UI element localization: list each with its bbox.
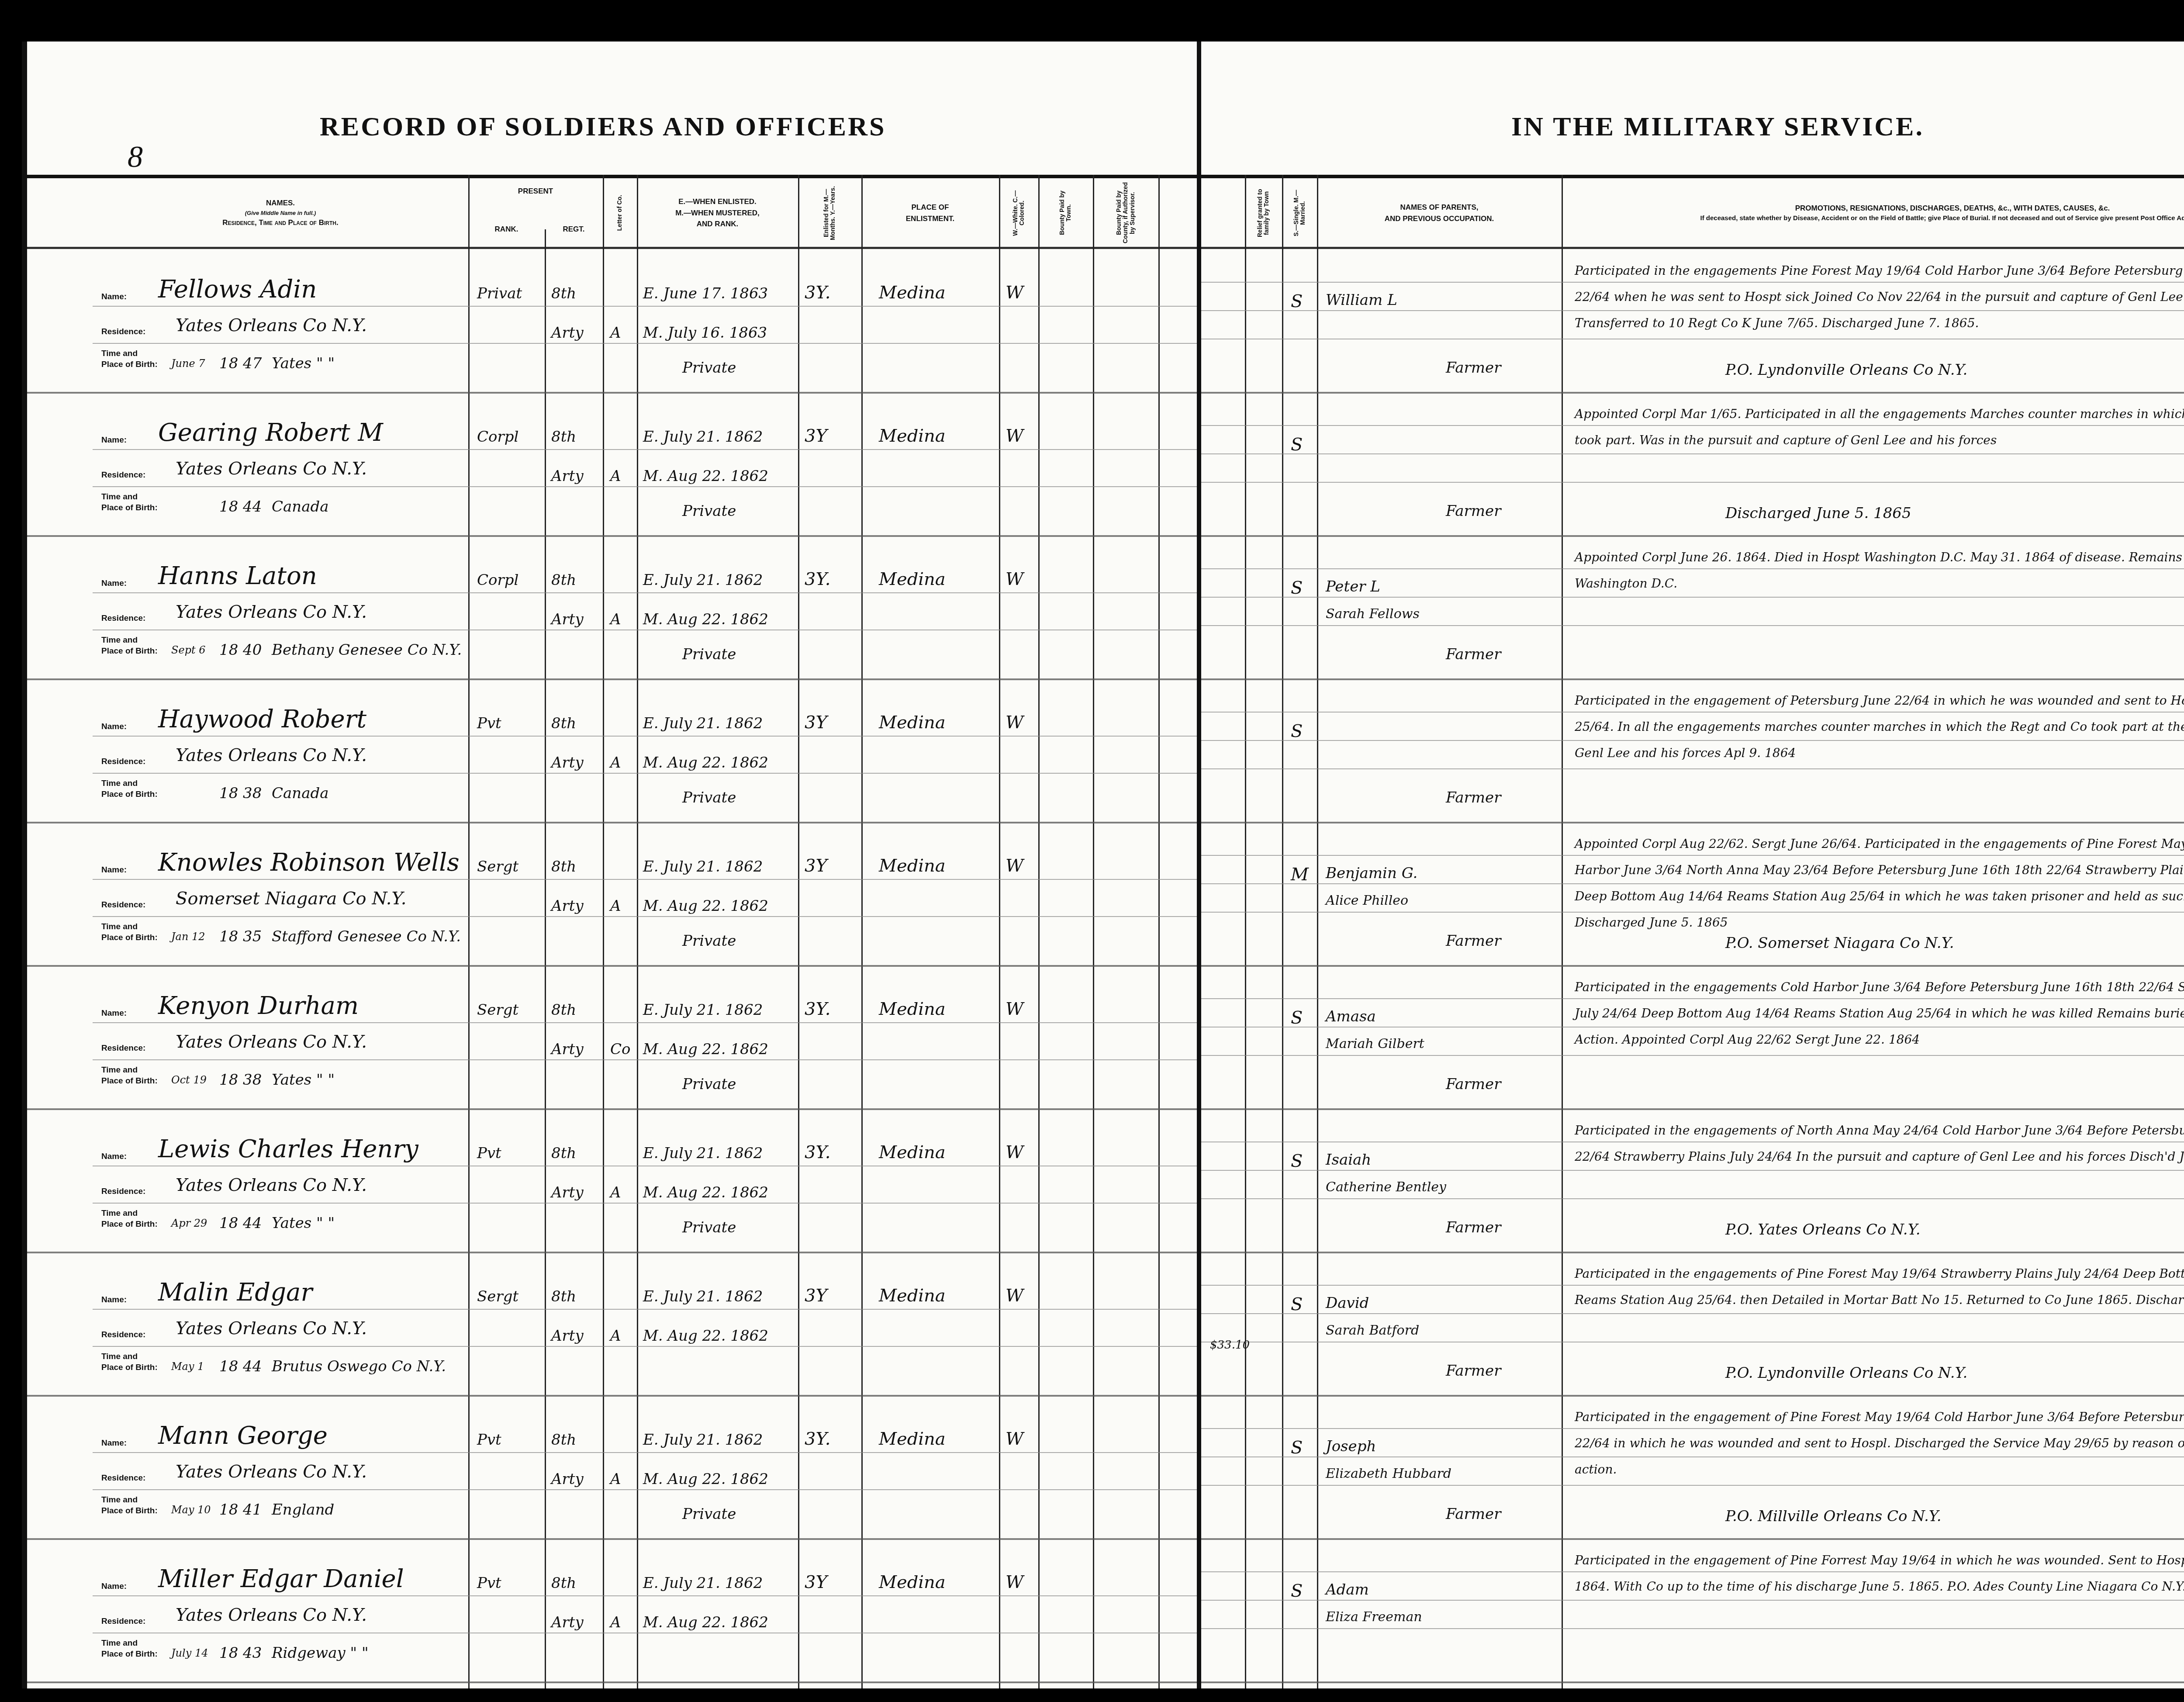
rank-value: Corpl xyxy=(477,573,518,588)
line-divider xyxy=(93,1203,1197,1204)
rank-value: Pvt xyxy=(477,1146,501,1161)
muster-rank-value: Private xyxy=(682,1507,736,1522)
enlisted-date-value: E. July 21. 1862 xyxy=(643,1289,763,1304)
enlisted-mustered-header: E.—WHEN ENLISTED. M.—WHEN MUSTERED, AND … xyxy=(637,181,798,245)
line-divider xyxy=(1201,1170,2184,1171)
place-of-enlistment-value: Medina xyxy=(879,284,946,301)
mother-name-value: Catherine Bentley xyxy=(1326,1181,1446,1194)
line-divider xyxy=(93,1346,1197,1347)
line-divider xyxy=(93,879,1197,880)
birth-place-value: Brutus Oswego Co N.Y. xyxy=(272,1359,446,1374)
birth-year-value: 18 35 xyxy=(219,929,262,944)
regiment-branch-value: Arty xyxy=(551,1472,584,1487)
company-letter-value: A xyxy=(610,1328,621,1343)
line-divider xyxy=(93,736,1197,737)
race-value: W xyxy=(1006,1574,1023,1591)
regiment-value: 8th xyxy=(551,1003,576,1017)
occupation-value: Farmer xyxy=(1446,790,1501,805)
regiment-branch-value: Arty xyxy=(551,325,584,340)
row-divider xyxy=(27,392,1197,394)
occupation-value: Farmer xyxy=(1446,1363,1501,1378)
enlistment-label: ENLISTMENT. xyxy=(906,213,954,225)
name-label: Name: xyxy=(101,1009,127,1017)
muster-rank-value: Private xyxy=(682,934,736,948)
header-rule xyxy=(27,175,1197,178)
row-divider xyxy=(27,1538,1197,1540)
rank-value: Privat xyxy=(477,286,522,301)
remarks-text: Participated in the engagements of North… xyxy=(1575,1117,2184,1170)
regiment-value: 8th xyxy=(551,286,576,301)
row-divider xyxy=(1201,1681,2184,1683)
promotions-header: PROMOTIONS, RESIGNATIONS, DISCHARGES, DE… xyxy=(1577,181,2184,245)
residence-value: Yates Orleans Co N.Y. xyxy=(176,1463,367,1481)
name-label: Name: xyxy=(101,1582,127,1591)
line-divider xyxy=(93,306,1197,307)
rank-value: Sergt xyxy=(477,859,518,874)
relief-label: Relief granted to family by Town xyxy=(1257,181,1270,245)
company-letter-value: A xyxy=(610,1615,621,1630)
father-name-value: David xyxy=(1326,1296,1369,1311)
rank-value: Pvt xyxy=(477,716,501,731)
letter-of-co-header: Letter of Co. xyxy=(603,181,637,245)
company-letter-value: Co xyxy=(610,1042,630,1057)
place-of-enlistment-value: Medina xyxy=(879,857,946,875)
column-divider xyxy=(861,175,863,1688)
occupation-value: Farmer xyxy=(1446,1077,1501,1092)
residence-value: Yates Orleans Co N.Y. xyxy=(176,1320,367,1337)
place-of-enlistment-value: Medina xyxy=(879,427,946,445)
muster-rank-value: Private xyxy=(682,790,736,805)
company-letter-value: A xyxy=(610,1472,621,1487)
column-divider xyxy=(1317,175,1318,1688)
residence-value: Yates Orleans Co N.Y. xyxy=(176,317,367,334)
row-divider xyxy=(27,1681,1197,1683)
bounty-town-label: Bounty Paid by Town. xyxy=(1059,181,1072,245)
mustered-date-value: M. Aug 22. 1862 xyxy=(643,469,768,484)
term-value: 3Y xyxy=(805,857,827,875)
line-divider xyxy=(93,486,1197,487)
company-letter-value: A xyxy=(610,1185,621,1200)
place-of-birth-label: Place of Birth: xyxy=(101,934,158,942)
line-divider xyxy=(1201,1198,2184,1199)
residence-label: Residence: xyxy=(101,1187,145,1196)
line-divider xyxy=(93,630,1197,630)
mustered-date-value: M. Aug 22. 1862 xyxy=(643,612,768,627)
enlisted-date-value: E. July 21. 1862 xyxy=(643,1146,763,1161)
enlisted-date-value: E. July 21. 1862 xyxy=(643,716,763,731)
soldier-name: Knowles Robinson Wells xyxy=(158,851,460,875)
line-divider xyxy=(1201,1628,2184,1629)
regiment-value: 8th xyxy=(551,1289,576,1304)
rank-value: Pvt xyxy=(477,1432,501,1447)
time-and-label: Time and xyxy=(101,1496,138,1504)
and-rank-label: AND RANK. xyxy=(697,218,738,230)
residence-label: Residence: xyxy=(101,614,145,623)
birth-date-value: Oct 19 xyxy=(171,1075,207,1085)
birth-date-value: Jan 12 xyxy=(171,931,205,942)
column-divider xyxy=(1562,175,1563,1688)
post-office-value: P.O. Somerset Niagara Co N.Y. xyxy=(1725,936,1954,951)
mustered-date-value: M. Aug 22. 1862 xyxy=(643,1328,768,1343)
right-ledger-page: IN THE MILITARY SERVICE. Relief granted … xyxy=(1197,42,2184,1688)
post-office-value: Discharged June 5. 1865 xyxy=(1725,506,1911,521)
birth-date-value: Sept 6 xyxy=(171,645,206,655)
muster-rank-value: Private xyxy=(682,1220,736,1235)
regiment-value: 8th xyxy=(551,429,576,444)
birth-place-value: Yates " " xyxy=(272,1072,335,1087)
marital-status-value: S xyxy=(1291,1152,1303,1170)
birth-year-value: 18 41 xyxy=(219,1502,262,1517)
line-divider xyxy=(93,1595,1197,1596)
residence-label: Residence: xyxy=(101,1331,145,1339)
residence-label: Residence: xyxy=(101,1044,145,1052)
row-divider xyxy=(1201,1108,2184,1110)
birth-year-value: 18 43 xyxy=(219,1646,262,1660)
time-and-label: Time and xyxy=(101,1066,138,1074)
row-divider xyxy=(27,1108,1197,1110)
enlisted-for-label: Enlisted for M.—Months. Y.—Years. xyxy=(823,181,836,245)
place-of-birth-label: Place of Birth: xyxy=(101,360,158,369)
column-divider xyxy=(798,175,799,1688)
term-value: 3Y. xyxy=(805,1144,830,1161)
time-and-label: Time and xyxy=(101,349,138,358)
birth-place-value: Yates " " xyxy=(272,1216,335,1231)
birth-year-value: 18 44 xyxy=(219,1359,262,1374)
race-value: W xyxy=(1006,1287,1023,1304)
marital-status-value: S xyxy=(1291,723,1303,740)
regiment-value: 8th xyxy=(551,1146,576,1161)
soldier-name: Mann George xyxy=(158,1424,328,1448)
place-of-enlistment-value: Medina xyxy=(879,571,946,588)
relief-header: Relief granted to family by Town xyxy=(1245,181,1282,245)
enlisted-date-value: E. July 21. 1862 xyxy=(643,573,763,588)
row-divider xyxy=(27,535,1197,537)
birth-year-value: 18 38 xyxy=(219,786,262,801)
column-divider xyxy=(1245,175,1246,1688)
place-of-birth-label: Place of Birth: xyxy=(101,1507,158,1515)
soldier-name: Gearing Robert M xyxy=(158,421,383,445)
marital-status-value: S xyxy=(1291,436,1303,453)
page-title-left: RECORD OF SOLDIERS AND OFFICERS xyxy=(320,111,886,142)
column-divider xyxy=(1158,175,1160,1688)
column-divider xyxy=(468,175,470,1688)
line-divider xyxy=(1201,1485,2184,1486)
birth-date-value: June 7 xyxy=(171,358,205,369)
father-name-value: Adam xyxy=(1326,1582,1369,1597)
regiment-branch-value: Arty xyxy=(551,899,584,913)
line-divider xyxy=(93,773,1197,774)
column-divider xyxy=(999,175,1000,1688)
term-value: 3Y. xyxy=(805,1000,830,1018)
residence-value: Yates Orleans Co N.Y. xyxy=(176,1033,367,1051)
enlisted-date-value: E. July 21. 1862 xyxy=(643,1432,763,1447)
regiment-value: 8th xyxy=(551,859,576,874)
remarks-text: Participated in the engagements of Pine … xyxy=(1575,1261,2184,1313)
present-header-label: PRESENT xyxy=(518,186,553,197)
line-divider xyxy=(93,1489,1197,1490)
column-divider xyxy=(603,175,604,1688)
company-letter-value: A xyxy=(610,899,621,913)
name-label: Name: xyxy=(101,1439,127,1447)
name-label: Name: xyxy=(101,723,127,731)
row-divider xyxy=(27,1395,1197,1397)
place-of-label: PLACE OF xyxy=(912,202,949,213)
place-of-enlistment-value: Medina xyxy=(879,1574,946,1591)
place-of-enlistment-value: Medina xyxy=(879,1430,946,1448)
name-label: Name: xyxy=(101,293,127,301)
name-label: Name: xyxy=(101,1296,127,1304)
row-divider xyxy=(27,822,1197,823)
mustered-date-value: M. Aug 22. 1862 xyxy=(643,1615,768,1630)
rank-value: Corpl xyxy=(477,429,518,444)
header-bottom-rule xyxy=(1201,247,2184,249)
regiment-branch-value: Arty xyxy=(551,1328,584,1343)
remarks-text: Participated in the engagement of Peters… xyxy=(1575,688,2184,766)
remarks-text: Participated in the engagements Pine For… xyxy=(1575,258,2184,336)
father-name-value: William L xyxy=(1326,293,1397,308)
line-divider xyxy=(93,1166,1197,1166)
row-divider xyxy=(1201,1538,2184,1540)
name-label: Name: xyxy=(101,579,127,588)
residence-label: Residence: xyxy=(101,1617,145,1626)
race-value: W xyxy=(1006,427,1023,445)
occupation-value: Farmer xyxy=(1446,647,1501,662)
enlisted-date-value: E. July 21. 1862 xyxy=(643,1576,763,1591)
post-office-value: P.O. Millville Orleans Co N.Y. xyxy=(1725,1509,1942,1524)
line-divider xyxy=(93,1022,1197,1023)
marital-status-value: S xyxy=(1291,579,1303,597)
bounty-town-header: Bounty Paid by Town. xyxy=(1038,181,1093,245)
row-divider xyxy=(1201,965,2184,967)
occupation-value: Farmer xyxy=(1446,1507,1501,1522)
left-ledger-page: 8 RECORD OF SOLDIERS AND OFFICERS NAMES.… xyxy=(22,42,1197,1688)
remarks-text: Appointed Corpl Aug 22/62. Sergt June 26… xyxy=(1575,831,2184,936)
mustered-date-value: M. Aug 22. 1862 xyxy=(643,1042,768,1057)
bounty-county-header: Bounty Paid by County, if Authorized by … xyxy=(1093,181,1158,245)
promotions-note: If deceased, state whether by Disease, A… xyxy=(1647,214,2184,224)
line-divider xyxy=(1201,597,2184,598)
column-divider xyxy=(1038,175,1040,1688)
birth-year-value: 18 44 xyxy=(219,1216,262,1231)
term-value: 3Y xyxy=(805,714,827,731)
father-name-value: Joseph xyxy=(1326,1439,1376,1454)
remarks-text: Participated in the engagements Cold Har… xyxy=(1575,974,2184,1053)
race-value: W xyxy=(1006,284,1023,301)
time-and-label: Time and xyxy=(101,779,138,788)
remarks-text: Appointed Corpl June 26. 1864. Died in H… xyxy=(1575,544,2184,597)
row-divider xyxy=(1201,678,2184,680)
term-value: 3Y xyxy=(805,427,827,445)
rank-header-label: RANK. xyxy=(495,224,518,235)
line-divider xyxy=(1201,1600,2184,1601)
race-value: W xyxy=(1006,571,1023,588)
soldier-name: Kenyon Durham xyxy=(158,994,359,1018)
place-of-enlistment-value: Medina xyxy=(879,1000,946,1018)
remarks-text: Participated in the engagement of Pine F… xyxy=(1575,1547,2184,1600)
line-divider xyxy=(1201,1313,2184,1314)
regiment-value: 8th xyxy=(551,573,576,588)
race-value: W xyxy=(1006,1000,1023,1018)
mother-name-value: Sarah Batford xyxy=(1326,1324,1419,1337)
birth-date-value: July 14 xyxy=(171,1648,208,1658)
regiment-value: 8th xyxy=(551,1432,576,1447)
line-divider xyxy=(93,449,1197,450)
row-divider xyxy=(1201,1252,2184,1253)
muster-rank-value: Private xyxy=(682,1077,736,1092)
soldier-name: Hanns Laton xyxy=(158,564,317,588)
line-divider xyxy=(1201,482,2184,483)
father-name-value: Benjamin G. xyxy=(1326,866,1417,881)
names-header-sub: Residence, Time and Place of Birth. xyxy=(222,217,338,228)
regiment-branch-value: Arty xyxy=(551,612,584,627)
line-divider xyxy=(1201,339,2184,339)
relief-amount-value: $33.10 xyxy=(1210,1339,1250,1351)
muster-rank-value: Private xyxy=(682,360,736,375)
enlisted-for-header: Enlisted for M.—Months. Y.—Years. xyxy=(798,181,861,245)
regt-header-label: REGT. xyxy=(563,224,584,235)
row-divider xyxy=(1201,1395,2184,1397)
line-divider xyxy=(93,1633,1197,1633)
promotions-label: PROMOTIONS, RESIGNATIONS, DISCHARGES, DE… xyxy=(1795,203,2110,214)
residence-value: Somerset Niagara Co N.Y. xyxy=(176,890,407,907)
enlisted-label: E.—WHEN ENLISTED. xyxy=(678,196,757,208)
line-divider xyxy=(1201,453,2184,454)
birth-place-value: Bethany Genesee Co N.Y. xyxy=(272,643,462,657)
birth-year-value: 18 40 xyxy=(219,643,262,657)
time-and-label: Time and xyxy=(101,1209,138,1218)
mustered-date-value: M. Aug 22. 1862 xyxy=(643,755,768,770)
row-divider xyxy=(27,1252,1197,1253)
enlisted-date-value: E. June 17. 1863 xyxy=(643,286,768,301)
occupation-value: Farmer xyxy=(1446,504,1501,519)
regiment-branch-value: Arty xyxy=(551,1042,584,1057)
mother-name-value: Elizabeth Hubbard xyxy=(1326,1467,1451,1481)
race-value: W xyxy=(1006,857,1023,875)
term-value: 3Y xyxy=(805,1287,827,1304)
place-of-birth-label: Place of Birth: xyxy=(101,647,158,655)
place-of-birth-label: Place of Birth: xyxy=(101,1363,158,1372)
enlisted-date-value: E. July 21. 1862 xyxy=(643,1003,763,1017)
rank-value: Pvt xyxy=(477,1576,501,1591)
residence-value: Yates Orleans Co N.Y. xyxy=(176,603,367,621)
place-of-birth-label: Place of Birth: xyxy=(101,1650,158,1658)
enlisted-date-value: E. July 21. 1862 xyxy=(643,429,763,444)
term-value: 3Y. xyxy=(805,571,830,588)
muster-rank-value: Private xyxy=(682,504,736,519)
line-divider xyxy=(1201,768,2184,769)
residence-value: Yates Orleans Co N.Y. xyxy=(176,460,367,477)
race-value: W xyxy=(1006,1430,1023,1448)
father-name-value: Amasa xyxy=(1326,1009,1376,1024)
time-and-label: Time and xyxy=(101,1353,138,1361)
line-divider xyxy=(1201,625,2184,626)
row-divider xyxy=(1201,392,2184,394)
mother-name-value: Eliza Freeman xyxy=(1326,1611,1422,1624)
father-name-value: Isaiah xyxy=(1326,1152,1371,1167)
occupation-value: Farmer xyxy=(1446,934,1501,948)
rank-column-header: RANK. xyxy=(468,216,545,242)
residence-value: Yates Orleans Co N.Y. xyxy=(176,1606,367,1624)
company-letter-value: A xyxy=(610,755,621,770)
birth-place-value: Canada xyxy=(272,786,329,801)
row-divider xyxy=(1201,535,2184,537)
mother-name-value: Alice Philleo xyxy=(1326,894,1408,907)
single-married-label: S.—Single. M.—Married. xyxy=(1293,181,1306,245)
regiment-value: 8th xyxy=(551,716,576,731)
term-value: 3Y. xyxy=(805,1430,830,1448)
residence-value: Yates Orleans Co N.Y. xyxy=(176,747,367,764)
mustered-date-value: M. Aug 22. 1862 xyxy=(643,1185,768,1200)
birth-place-value: England xyxy=(272,1502,334,1517)
father-name-value: Peter L xyxy=(1326,579,1380,594)
name-label: Name: xyxy=(101,1152,127,1161)
parents-header: NAMES OF PARENTS, AND PREVIOUS OCCUPATIO… xyxy=(1317,181,1562,245)
birth-place-value: Yates " " xyxy=(272,356,335,371)
birth-year-value: 18 44 xyxy=(219,499,262,514)
residence-label: Residence: xyxy=(101,1474,145,1482)
marital-status-value: S xyxy=(1291,1009,1303,1027)
soldier-name: Fellows Adin xyxy=(158,277,317,302)
marital-status-value: S xyxy=(1291,1439,1303,1456)
marital-status-value: S xyxy=(1291,1582,1303,1600)
soldier-name: Lewis Charles Henry xyxy=(158,1137,418,1162)
line-divider xyxy=(93,1059,1197,1060)
term-value: 3Y xyxy=(805,1574,827,1591)
race-value: W xyxy=(1006,714,1023,731)
birth-date-value: May 1 xyxy=(171,1361,204,1372)
soldier-name: Malin Edgar xyxy=(158,1280,312,1305)
post-office-value: P.O. Lyndonville Orleans Co N.Y. xyxy=(1725,363,1967,377)
birth-place-value: Stafford Genesee Co N.Y. xyxy=(272,929,461,944)
mother-name-value: Sarah Fellows xyxy=(1326,608,1420,621)
row-divider xyxy=(27,965,1197,967)
time-and-label: Time and xyxy=(101,1639,138,1647)
occupation-value: Farmer xyxy=(1446,360,1501,375)
name-label: Name: xyxy=(101,866,127,874)
marital-status-value: M xyxy=(1291,866,1309,883)
mustered-label: M.—WHEN MUSTERED, xyxy=(675,208,760,219)
name-label: Name: xyxy=(101,436,127,444)
mustered-date-value: M. Aug 22. 1862 xyxy=(643,1472,768,1487)
regiment-branch-value: Arty xyxy=(551,755,584,770)
page-title-right: IN THE MILITARY SERVICE. xyxy=(1511,111,1924,142)
rank-value: Sergt xyxy=(477,1003,518,1017)
time-and-label: Time and xyxy=(101,493,138,501)
header-rule xyxy=(1201,175,2184,178)
regiment-branch-value: Arty xyxy=(551,1615,584,1630)
company-letter-value: A xyxy=(610,612,621,627)
birth-date-value: Apr 29 xyxy=(171,1218,207,1228)
time-and-label: Time and xyxy=(101,636,138,644)
place-of-birth-label: Place of Birth: xyxy=(101,1077,158,1085)
names-header-note: (Give Middle Name in full.) xyxy=(245,209,316,218)
birth-year-value: 18 38 xyxy=(219,1072,262,1087)
row-divider xyxy=(27,678,1197,680)
names-column-header: NAMES. (Give Middle Name in full.) Resid… xyxy=(93,181,468,245)
post-office-value: P.O. Yates Orleans Co N.Y. xyxy=(1725,1222,1921,1237)
place-of-enlistment-header: PLACE OF ENLISTMENT. xyxy=(861,181,999,245)
residence-label: Residence: xyxy=(101,901,145,909)
place-of-birth-label: Place of Birth: xyxy=(101,504,158,512)
regiment-value: 8th xyxy=(551,1576,576,1591)
place-of-enlistment-value: Medina xyxy=(879,1144,946,1161)
column-divider xyxy=(637,175,638,1688)
line-divider xyxy=(93,1452,1197,1453)
rank-value: Sergt xyxy=(477,1289,518,1304)
time-and-label: Time and xyxy=(101,923,138,931)
marital-status-value: S xyxy=(1291,1296,1303,1313)
white-colored-header: W.—White. C.—Colored. xyxy=(999,181,1038,245)
